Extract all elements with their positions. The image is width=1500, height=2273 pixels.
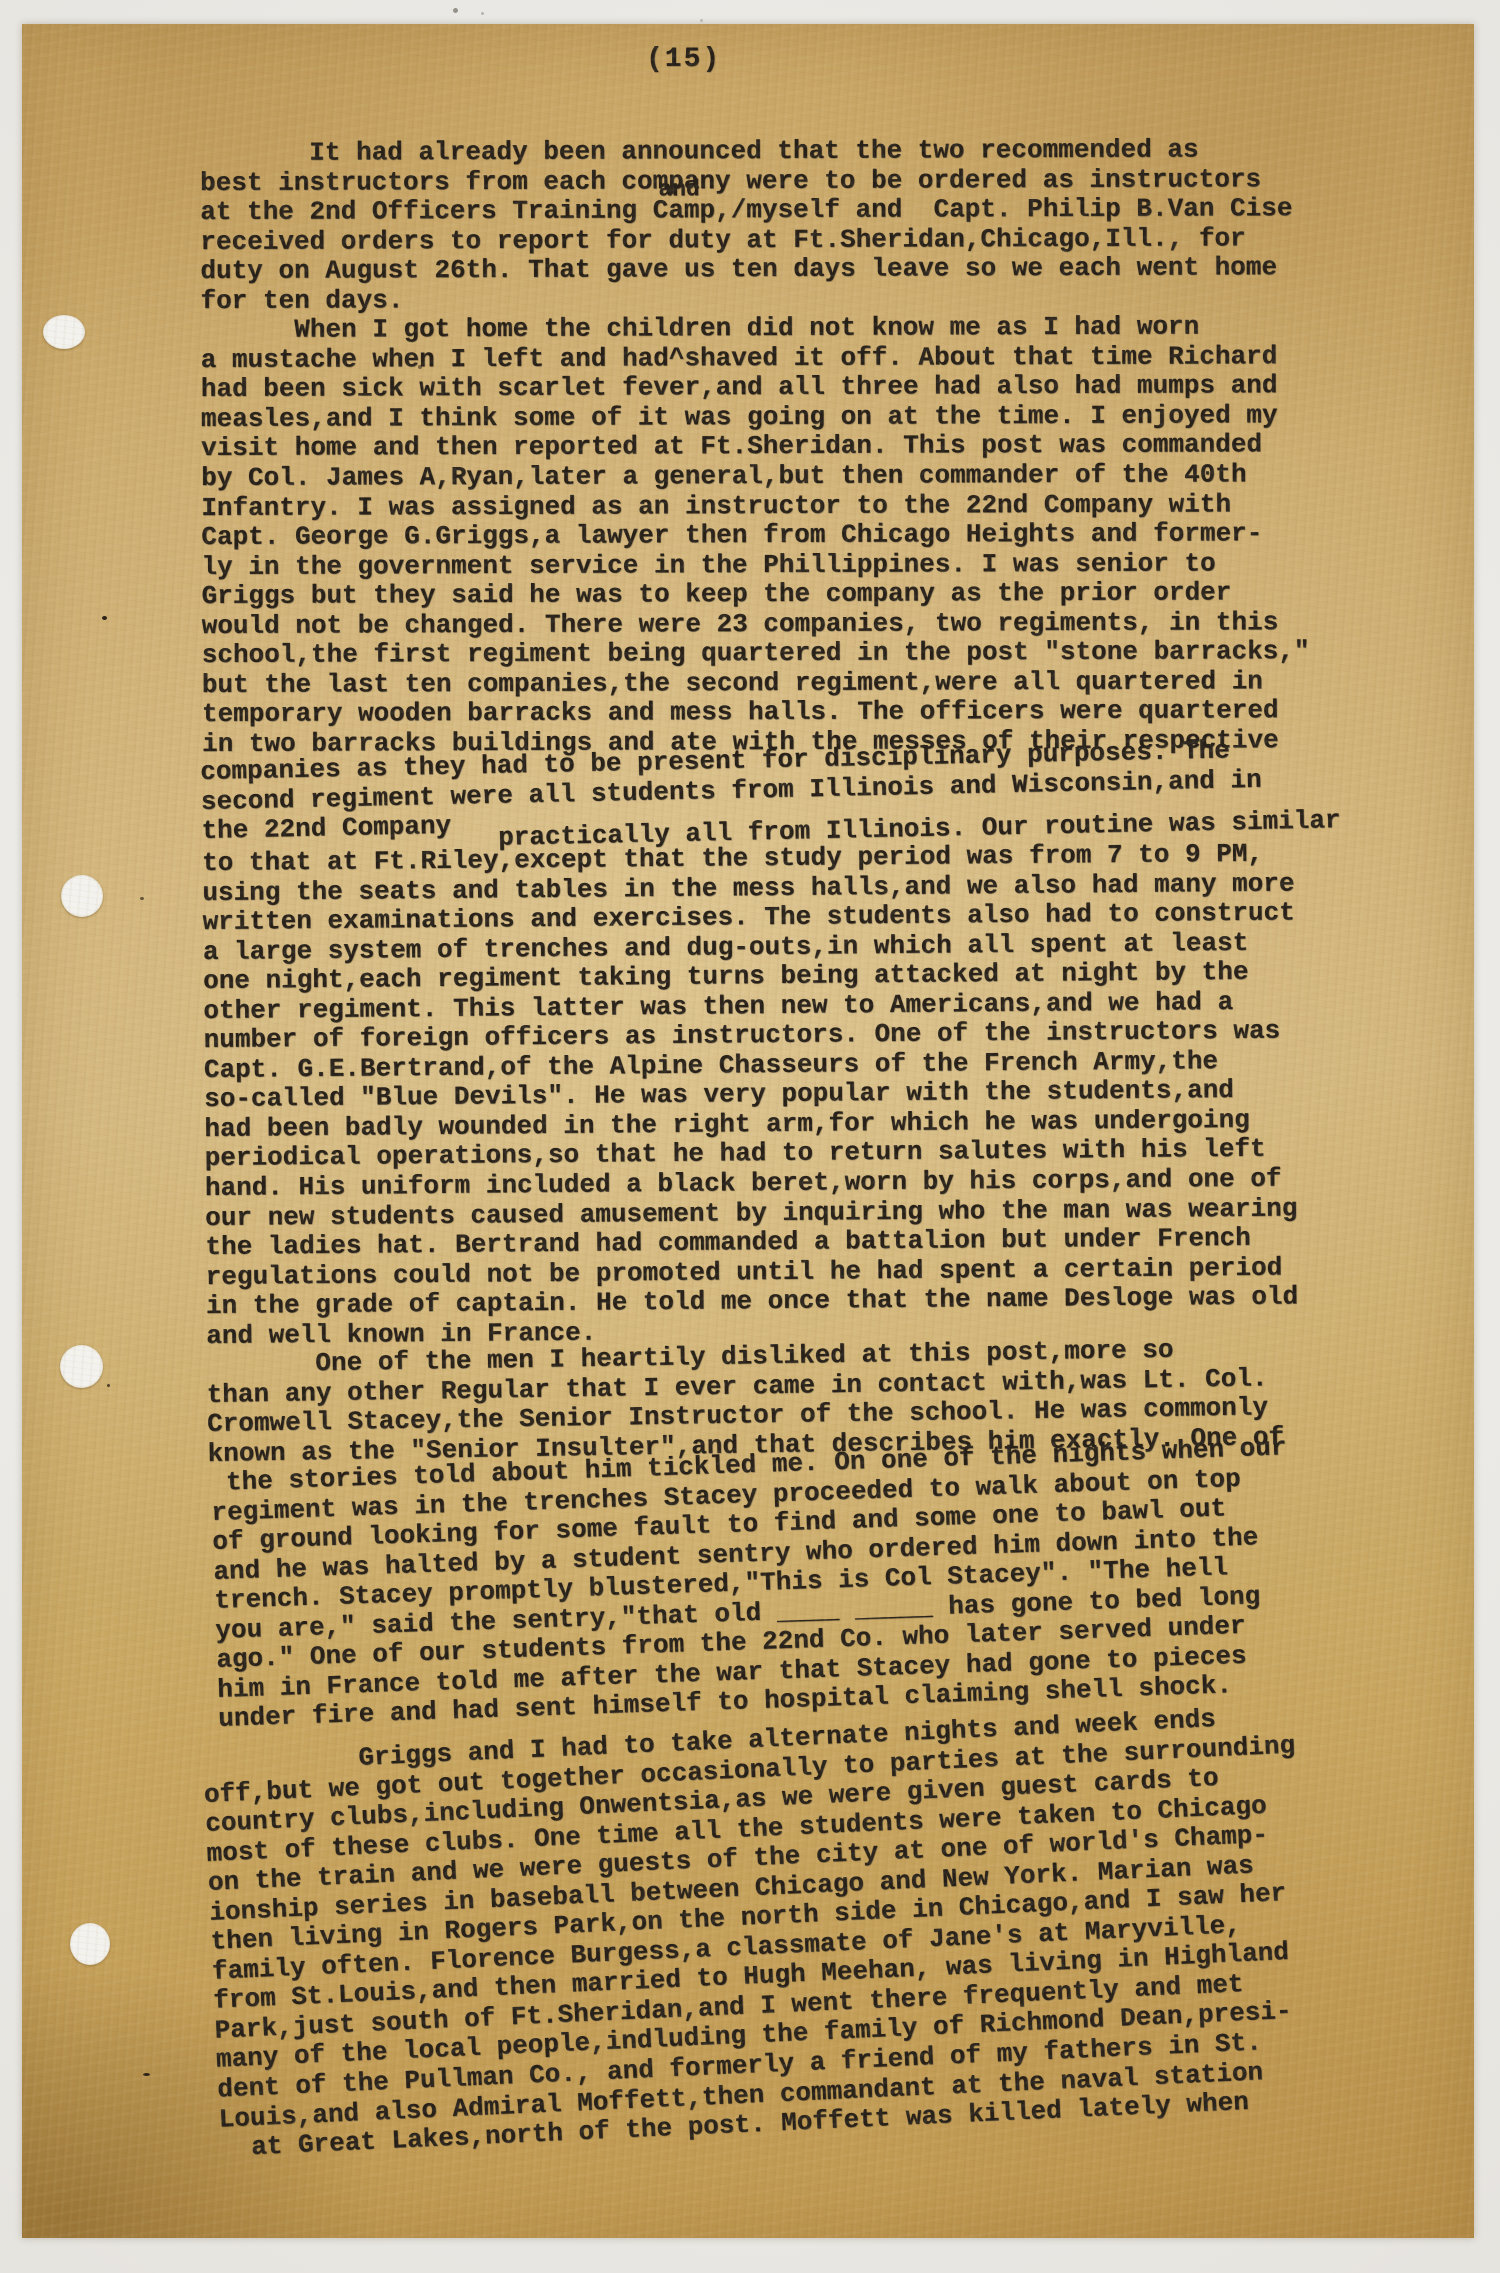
typed-line: measles,and I think some of it was going…	[201, 400, 1309, 433]
typed-line: Capt. George G.Griggs,a lawyer then from…	[201, 518, 1309, 551]
typed-line: temporary wooden barracks and mess halls…	[202, 696, 1310, 729]
typed-line: had been sick with scarlet fever,and all…	[201, 371, 1309, 404]
typed-line: visit home and then reported at Ft.Sheri…	[201, 430, 1309, 463]
typed-line: Griggs but they said he was to keep the …	[202, 577, 1310, 610]
typewritten-text: It had already been announced that the t…	[22, 24, 1474, 2238]
document-page: (15) It had already been announced that …	[22, 24, 1474, 2238]
ink-speck	[140, 897, 144, 900]
typed-line: for ten days.	[201, 282, 1309, 315]
paragraph-block: to that at Ft.Riley,except that the stud…	[202, 838, 1299, 1350]
dust-speck	[481, 12, 484, 15]
ink-speck	[102, 616, 107, 620]
typed-line: Infantry. I was assigned as an instructo…	[201, 489, 1309, 522]
typed-line: received orders to report for duty at Ft…	[200, 223, 1308, 256]
inserted-word: and	[658, 179, 699, 199]
paragraph-block: It had already been announced that the t…	[200, 134, 1310, 758]
typed-line: duty on August 26th. That gave us ten da…	[200, 252, 1308, 285]
typed-line: best instructors from each company were …	[200, 164, 1308, 197]
typed-line: by Col. James A,Ryan,later a general,but…	[201, 459, 1309, 492]
ink-speck	[143, 2073, 150, 2076]
scan-background: (15) It had already been announced that …	[0, 0, 1500, 2273]
typed-line: ly in the government service in the Phil…	[201, 548, 1309, 581]
ink-speck	[418, 365, 422, 369]
typed-line: but the last ten companies,the second re…	[202, 666, 1310, 699]
ink-speck	[107, 1384, 110, 1387]
typed-line: It had already been announced that the t…	[200, 134, 1308, 167]
dust-speck	[700, 19, 703, 22]
typed-line: a mustache when I left and had^shaved it…	[201, 341, 1309, 374]
dust-speck	[453, 8, 458, 13]
typed-line: When I got home the children did not kno…	[201, 311, 1309, 344]
typed-line: school,the first regiment being quartere…	[202, 636, 1310, 669]
paragraph-block: the stories told about him tickled me. O…	[210, 1432, 1295, 1733]
typed-line: at the 2nd Officers Training Camp,/mysel…	[200, 193, 1308, 226]
typed-line: would not be changed. There were 23 comp…	[202, 607, 1310, 640]
paragraph-block: Griggs and I had to take alternate night…	[202, 1700, 1312, 2163]
